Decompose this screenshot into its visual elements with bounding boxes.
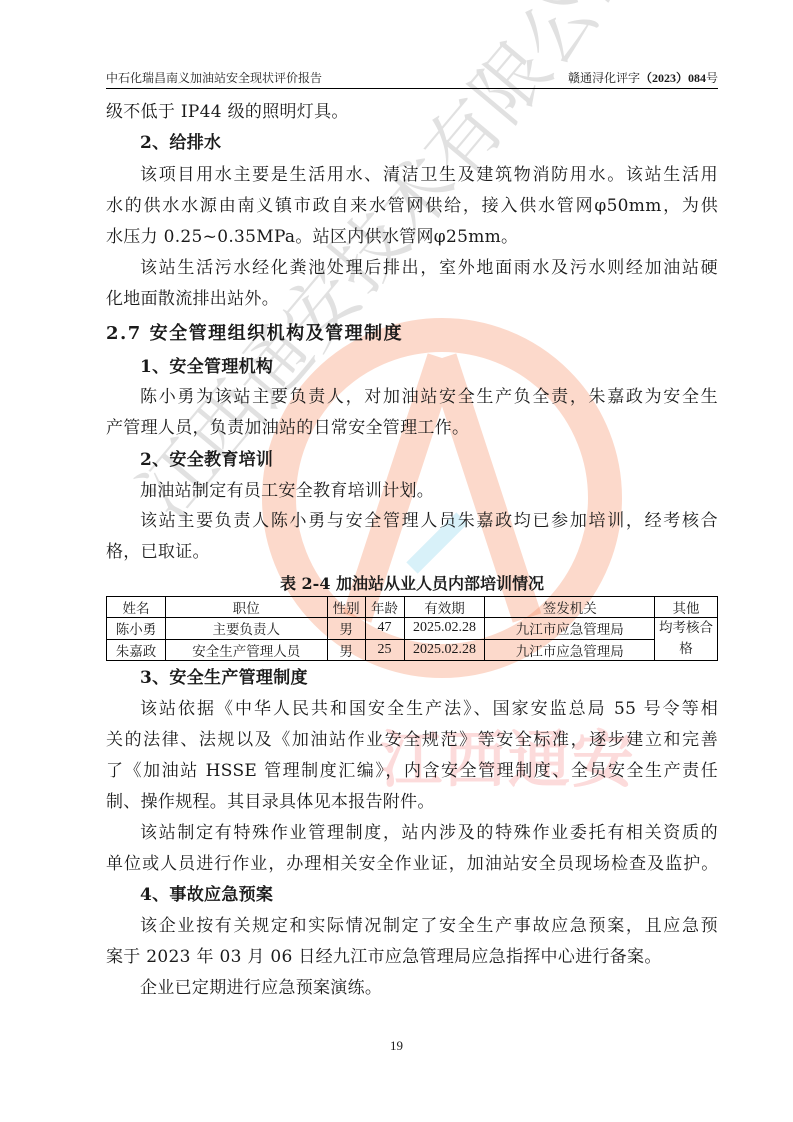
- table-header-cell: 其他: [655, 597, 718, 618]
- training-table: 姓名 职位 性别 年龄 有效期 签发机关 其他 陈小勇 主要负责人 男 47 2…: [106, 596, 718, 661]
- paragraph-line: 该项目用水主要是生活用水、清洁卫生及建筑物消防用水。该站生活用: [140, 164, 718, 186]
- paragraph-line: 产管理人员，负责加油站的日常安全管理工作。: [106, 417, 718, 439]
- paragraph-line: 了《加油站 HSSE 管理制度汇编》，内含安全管理制度、全员安全生产责任: [106, 760, 718, 782]
- table-cell: 安全生产管理人员: [165, 639, 327, 661]
- report-number-suffix: 号: [706, 71, 718, 85]
- paragraph-line: 化地面散流排出站外。: [106, 288, 718, 310]
- table-header-cell: 姓名: [107, 597, 166, 618]
- paragraph-line: 陈小勇为该站主要负责人，对加油站安全生产负全责，朱嘉政为安全生: [140, 386, 718, 408]
- paragraph-line: 水压力 0.25~0.35MPa。站区内供水管网φ25mm。: [106, 226, 718, 248]
- watermark-pink-text: 江西通安: [380, 710, 636, 799]
- table-row: 朱嘉政 安全生产管理人员 男 25 2025.02.28 九江市应急管理局: [107, 639, 718, 661]
- paragraph-line: 水的供水水源由南义镇市政自来水管网供给，接入供水管网φ50mm，为供: [106, 195, 718, 217]
- subsection-heading-4: 4、事故应急预案: [140, 884, 752, 906]
- paragraph-line: 案于 2023 年 03 月 06 日经九江市应急管理局应急指挥中心进行备案。: [106, 946, 718, 968]
- table-cell: 47: [365, 618, 404, 640]
- paragraph-line: 该站生活污水经化粪池处理后排出，室外地面雨水及污水则经加油站硬: [140, 257, 718, 279]
- table-cell: 陈小勇: [107, 618, 166, 640]
- page-header: 中石化瑞昌南义加油站安全现状评价报告 赣通浔化评字（2023）084号: [106, 68, 718, 89]
- section-heading-2-7: 2.7 安全管理组织机构及管理制度: [106, 323, 718, 345]
- table-cell: 男: [327, 618, 365, 640]
- table-cell: 2025.02.28: [404, 618, 485, 640]
- table-header-cell: 签发机关: [485, 597, 655, 618]
- table-cell: 25: [365, 639, 404, 661]
- table-header-row: 姓名 职位 性别 年龄 有效期 签发机关 其他: [107, 597, 718, 618]
- paragraph-line: 格，已取证。: [106, 541, 718, 563]
- table-cell: 朱嘉政: [107, 639, 166, 661]
- table-cell: 2025.02.28: [404, 639, 485, 661]
- paragraph-line: 该站制定有特殊作业管理制度，站内涉及的特殊作业委托有相关资质的: [140, 822, 718, 844]
- table-caption: 表 2-4 加油站从业人员内部培训情况: [106, 571, 718, 594]
- subsection-heading-3: 3、安全生产管理制度: [140, 667, 752, 689]
- table-header-cell: 职位: [165, 597, 327, 618]
- table-row: 陈小勇 主要负责人 男 47 2025.02.28 九江市应急管理局 均考核合格: [107, 618, 718, 640]
- paragraph-line: 企业已定期进行应急预案演练。: [140, 977, 718, 999]
- paragraph-line: 关的法律、法规以及《加油站作业安全规范》等安全标准，逐步建立和完善: [106, 729, 718, 751]
- subsection-heading-1: 1、安全管理机构: [140, 356, 752, 378]
- paragraph-line: 制、操作规程。其目录具体见本报告附件。: [106, 791, 718, 813]
- report-number-prefix: 赣通浔化评字: [568, 71, 640, 85]
- paragraph-line: 级不低于 IP44 级的照明灯具。: [106, 101, 718, 123]
- paragraph-line: 单位或人员进行作业，办理相关安全作业证，加油站安全员现场检查及监护。: [106, 853, 718, 875]
- table-cell: 主要负责人: [165, 618, 327, 640]
- table-cell: 九江市应急管理局: [485, 639, 655, 661]
- section-heading-water: 2、给排水: [140, 132, 752, 154]
- table-cell: 男: [327, 639, 365, 661]
- document-page: 江西通安技术有限公司 江西通安 中石化瑞昌南义加油站安全现状评价报告 赣通浔化评…: [0, 0, 793, 1122]
- paragraph-line: 该站依据《中华人民共和国安全生产法》、国家安监总局 55 号令等相: [140, 698, 718, 720]
- table-header-cell: 有效期: [404, 597, 485, 618]
- paragraph-line: 加油站制定有员工安全教育培训计划。: [140, 480, 718, 502]
- report-title: 中石化瑞昌南义加油站安全现状评价报告: [106, 69, 322, 87]
- table-cell-merged-other: 均考核合格: [655, 618, 718, 661]
- report-number: 赣通浔化评字（2023）084号: [568, 69, 718, 87]
- table-header-cell: 年龄: [365, 597, 404, 618]
- report-number-year: （2023）084: [640, 71, 706, 85]
- subsection-heading-2: 2、安全教育培训: [140, 449, 752, 471]
- paragraph-line: 该企业按有关规定和实际情况制定了安全生产事故应急预案，且应急预: [140, 915, 718, 937]
- table-cell: 九江市应急管理局: [485, 618, 655, 640]
- table-header-cell: 性别: [327, 597, 365, 618]
- paragraph-line: 该站主要负责人陈小勇与安全管理人员朱嘉政均已参加培训，经考核合: [140, 510, 718, 532]
- page-number: 19: [0, 1038, 793, 1054]
